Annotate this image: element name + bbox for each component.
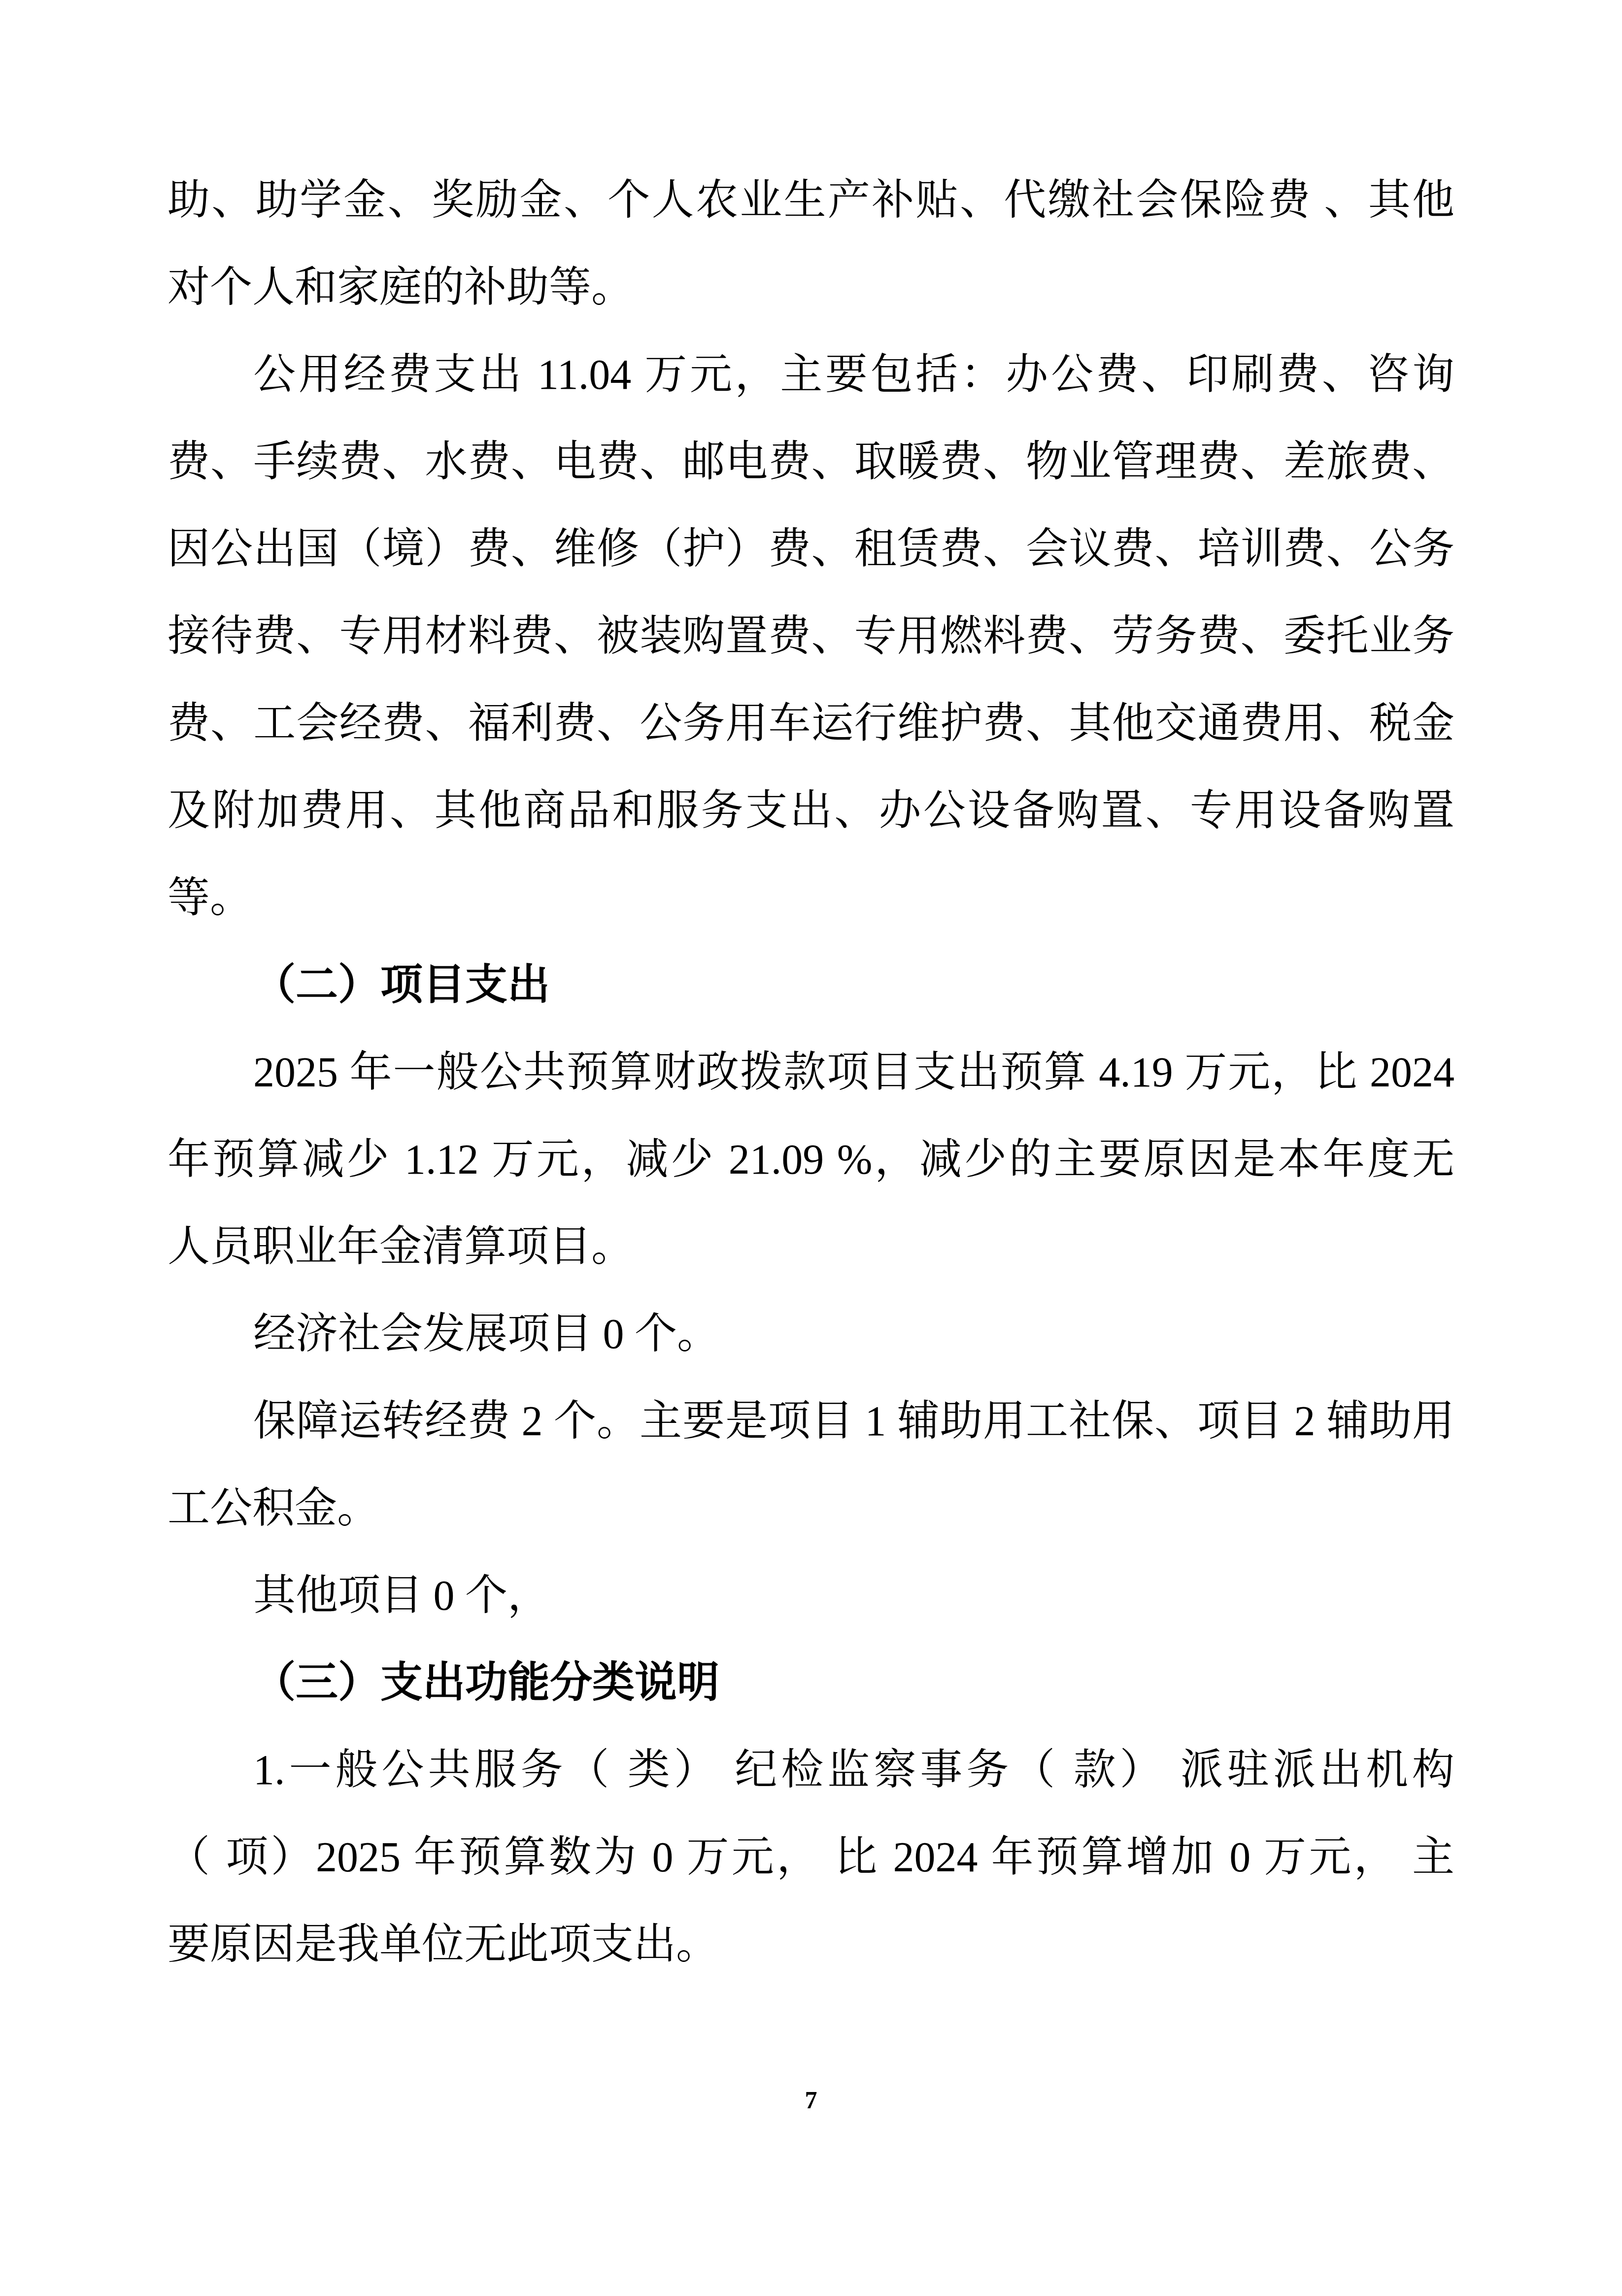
text-line: （ 项）2025 年预算数为 0 万元， 比 2024 年预算增加 0 万元， … <box>168 1814 1454 1901</box>
section-heading-line: （三）支出功能分类说明 <box>168 1639 1454 1726</box>
text-line: 经济社会发展项目 0 个。 <box>168 1290 1454 1378</box>
text-line: 费、工会经费、福利费、公务用车运行维护费、其他交通费用、税金 <box>168 680 1454 767</box>
text-line: 公用经费支出 11.04 万元，主要包括：办公费、印刷费、咨询 <box>168 331 1454 418</box>
text-line: 对个人和家庭的补助等。 <box>168 244 1454 331</box>
text-line: 要原因是我单位无此项支出。 <box>168 1901 1454 1988</box>
page-number: 7 <box>0 2085 1622 2115</box>
section-heading-line: （二）项目支出 <box>168 942 1454 1029</box>
text-line: 等。 <box>168 854 1454 942</box>
text-line: 费、手续费、水费、电费、邮电费、取暖费、物业管理费、差旅费、 <box>168 418 1454 506</box>
text-line: 接待费、专用材料费、被装购置费、专用燃料费、劳务费、委托业务 <box>168 593 1454 680</box>
text-line: 助、助学金、奖励金、个人农业生产补贴、代缴社会保险费 、其他 <box>168 157 1454 244</box>
text-line: 其他项目 0 个， <box>168 1552 1454 1639</box>
document-page: 助、助学金、奖励金、个人农业生产补贴、代缴社会保险费 、其他对个人和家庭的补助等… <box>0 0 1622 2296</box>
text-line: 保障运转经费 2 个。主要是项目 1 辅助用工社保、项目 2 辅助用 <box>168 1378 1454 1465</box>
text-line: 年预算减少 1.12 万元，减少 21.09 %，减少的主要原因是本年度无 <box>168 1116 1454 1203</box>
text-line: 2025 年一般公共预算财政拨款项目支出预算 4.19 万元，比 2024 <box>168 1029 1454 1116</box>
document-body: 助、助学金、奖励金、个人农业生产补贴、代缴社会保险费 、其他对个人和家庭的补助等… <box>168 157 1454 1988</box>
text-line: 1.一般公共服务（ 类） 纪检监察事务（ 款） 派驻派出机构 <box>168 1726 1454 1814</box>
text-line: 人员职业年金清算项目。 <box>168 1203 1454 1290</box>
text-line: 及附加费用、其他商品和服务支出、办公设备购置、专用设备购置 <box>168 767 1454 854</box>
text-line: 因公出国（境）费、维修（护）费、租赁费、会议费、培训费、公务 <box>168 506 1454 593</box>
text-line: 工公积金。 <box>168 1465 1454 1552</box>
